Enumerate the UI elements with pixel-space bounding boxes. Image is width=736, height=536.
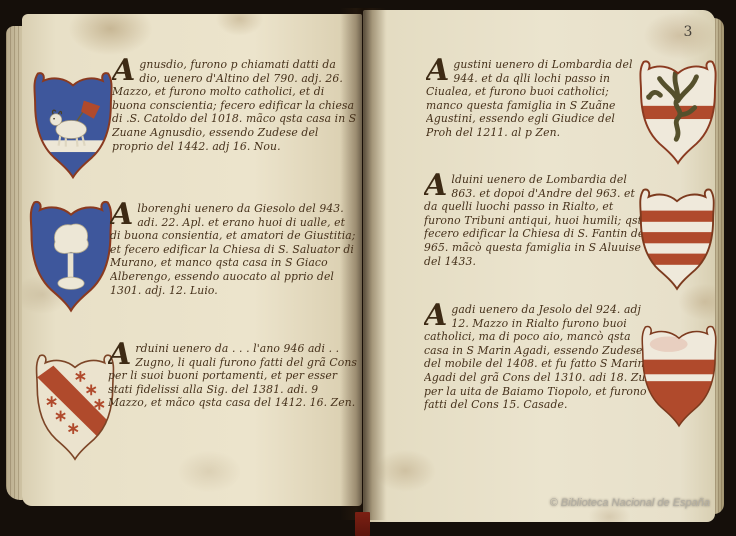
illuminated-initial: A — [112, 59, 135, 82]
agustini-coat-of-arms-icon — [634, 58, 722, 166]
manuscript-paragraph: lduini uenero de Lombardia del 863. et d… — [424, 173, 648, 268]
manuscript-paragraph: gustini uenero di Lombardia del 944. et … — [426, 58, 633, 139]
entry-text-agustini: Agustini uenero di Lombardia del 944. et… — [426, 58, 644, 168]
illuminated-initial: A — [424, 304, 447, 327]
illuminated-initial: A — [108, 343, 131, 366]
entry-text-arduini: Arduini uenero da . . . l'ano 946 adi . … — [108, 342, 358, 438]
entry-text-alduini: Alduini uenero de Lombardia del 863. et … — [424, 173, 652, 295]
alduini-coat-of-arms-icon — [634, 184, 720, 294]
illuminated-initial: A — [110, 203, 133, 226]
manuscript-paragraph: gadi uenero da Jesolo del 924. adj 12. M… — [424, 303, 653, 411]
folio-number: 3 — [678, 24, 698, 40]
illuminated-initial: A — [426, 59, 449, 82]
manuscript-paragraph: rduini uenero da . . . l'ano 946 adi . .… — [108, 342, 357, 409]
entry-text-alberenghi: Alborenghi uenero da Giesolo del 943. ad… — [110, 202, 358, 314]
agadi-coat-of-arms-icon — [636, 318, 722, 434]
copyright-watermark: © Biblioteca Nacional de España — [538, 497, 710, 509]
manuscript-paragraph: gnusdio, furono p chiamati datti da dio,… — [112, 58, 356, 153]
bookmark-ribbon — [355, 512, 370, 536]
entry-text-agnusdio: Agnusdio, furono p chiamati datti da dio… — [112, 58, 358, 170]
illuminated-initial: A — [424, 174, 447, 197]
manuscript-paragraph: lborenghi uenero da Giesolo del 943. adi… — [110, 202, 356, 297]
arduini-coat-of-arms-icon — [30, 350, 120, 464]
manuscript-photo: 3 Agnusdio, furono p chiamati datti da d — [0, 0, 736, 536]
entry-text-agadi: Agadi uenero da Jesolo del 924. adj 12. … — [424, 303, 658, 441]
agnusdio-coat-of-arms-icon — [26, 70, 120, 180]
alberenghi-coat-of-arms-icon — [24, 198, 118, 314]
